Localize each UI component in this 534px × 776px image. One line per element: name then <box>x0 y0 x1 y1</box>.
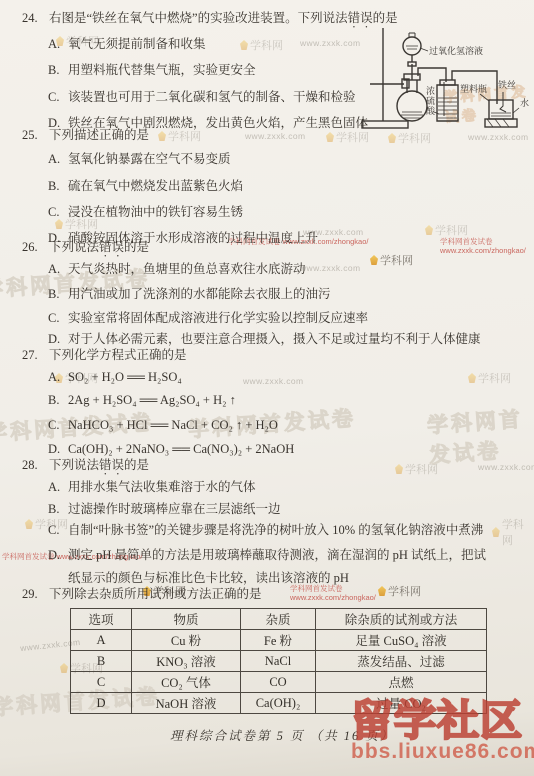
q29-number: 29. <box>22 586 49 602</box>
q27-option-c: C.NaHCO₃ + HCl ══ NaCl + CO₂ ↑ + H₂O <box>48 417 278 433</box>
zxxk-url-watermark: www.zxxk.com <box>245 131 306 141</box>
xuekewang-watermark: 学科网 <box>425 222 468 238</box>
q27-number: 27. <box>22 347 49 363</box>
equation-c: NaHCO₃ + HCl ══ NaCl + CO₂ ↑ + H₂O <box>68 418 278 432</box>
q27-option-b: B.2Ag + H₂SO₄ ══ Ag₂SO₄ + H₂ ↑ <box>48 392 236 408</box>
water-liquid <box>491 113 511 116</box>
apparatus-diagram: 过氧化氢溶液 浓 硫 酸 塑料瓶 铁丝 水 <box>356 24 534 144</box>
xuekewang-watermark: 学科网 <box>492 516 534 548</box>
xuekewang-watermark: 学科网 <box>240 37 283 53</box>
q27-option-d: D.Ca(OH)₂ + 2NaNO₃ ══ Ca(NO₃)₂ + 2NaOH <box>48 441 294 457</box>
torch-icon <box>60 663 68 673</box>
q28-option-b: B.过滤操作时玻璃棒应靠在三层滤纸一边 <box>48 501 281 517</box>
q25-option-c: C.浸没在植物油中的铁钉容易生锈 <box>48 204 243 220</box>
q24-number: 24. <box>22 10 49 26</box>
zxxk-url-watermark: www.zxxk.com <box>300 263 361 273</box>
q26-option-c: C.实验室常将固体配成溶液进行化学实验以控制反应速率 <box>48 310 368 326</box>
bottle-label-leader <box>480 94 489 101</box>
q24-option-b: B.用塑料瓶代替集气瓶，实验更安全 <box>48 62 256 78</box>
xuekewang-watermark: 学科网 <box>468 370 511 386</box>
washing-bottle <box>437 85 458 121</box>
water-label-leader <box>513 108 519 113</box>
torch-icon <box>425 225 433 235</box>
q26-title: 26.下列说法错误的是 <box>22 239 149 260</box>
zxxk-url-watermark: www.zxxk.com <box>300 38 361 48</box>
hollow-watermark: 学科网首发试卷 <box>426 402 534 469</box>
funnel-label-leader <box>420 48 428 51</box>
exam-page: 学科网 学科网 www.zxxk.com 学科网 www.zxxk.com 学科… <box>0 0 534 776</box>
col-header-substance: 物质 <box>132 609 241 630</box>
wire-label: 铁丝 <box>498 79 516 90</box>
q28-number: 28. <box>22 457 49 473</box>
q29-title: 29.下列除去杂质所用试剂或方法正确的是 <box>22 586 262 607</box>
q24-option-c: C.该装置也可用于二氧化碳和氢气的制备、干燥和检验 <box>48 89 356 105</box>
funnel-label: 过氧化氢溶液 <box>429 45 483 56</box>
q24-title: 24.右图是“铁丝在氧气中燃烧”的实验改进装置。下列说法错误的是 <box>22 10 398 31</box>
stand-base <box>362 121 408 128</box>
table-row: B KNO₃ 溶液 NaCl 蒸发结晶、过滤 <box>71 651 487 672</box>
xuekewang-watermark: 学科网 <box>395 461 438 477</box>
q27-option-a: A.SO₂ + H₂O ══ H₂SO₄ <box>48 369 182 385</box>
flask-liquid <box>401 112 423 118</box>
acid-label-1: 浓 <box>426 85 435 96</box>
q24-option-a: A.氧气无须提前制备和收集 <box>48 36 206 52</box>
torch-icon <box>492 527 500 537</box>
q26-number: 26. <box>22 239 49 255</box>
col-header-impurity: 杂质 <box>241 609 316 630</box>
acid-label-2: 硫 <box>426 95 435 106</box>
bottle-label: 塑料瓶 <box>460 83 487 94</box>
acid-liquid <box>438 98 457 118</box>
q28-title: 28.下列说法错误的是 <box>22 457 149 478</box>
zxxk-url-watermark: www.zxxk.com <box>478 462 534 472</box>
liuxue-watermark: 留学社区 bbs.liuxue86.com <box>351 700 534 764</box>
liuxue-brand-text: 留学社区 <box>351 700 534 742</box>
xuekewang-logo: 学科网 <box>370 252 413 268</box>
table-row: A Cu 粉 Fe 粉 足量 CuSO₄ 溶液 <box>71 630 487 651</box>
torch-icon <box>395 464 403 474</box>
zxxk-url-watermark: www.zxxk.com <box>243 376 304 386</box>
torch-icon <box>468 373 476 383</box>
red-watermark: 学科网首发试卷 www.zxxk.com/zhongkao/ <box>440 238 534 255</box>
q25-title: 25.下列描述正确的是 <box>22 127 149 148</box>
q25-option-b: B.硫在氧气中燃烧发出蓝紫色火焰 <box>48 178 243 194</box>
q28-option-d: D.测定 pH 最简单的方法是用玻璃棒蘸取待测液，滴在湿润的 pH 试纸上，把试… <box>68 544 488 589</box>
torch-icon <box>326 132 334 142</box>
torch-icon <box>158 131 166 141</box>
table-header-row: 选项 物质 杂质 除杂质的试剂或方法 <box>71 609 487 630</box>
torch-icon <box>55 219 63 229</box>
flask <box>397 91 427 121</box>
q25-number: 25. <box>22 127 49 143</box>
q26-option-a: A.天气炎热时，鱼塘里的鱼总喜欢往水底游动 <box>48 261 306 277</box>
equation-a: SO₂ + H₂O ══ H₂SO₄ <box>68 370 182 384</box>
torch-icon <box>240 40 248 50</box>
q28-option-a: A.用排水集气法收集难溶于水的气体 <box>48 479 256 495</box>
table-row: C CO₂ 气体 CO 点燃 <box>71 672 487 693</box>
q26-option-b: B.用汽油或加了洗涤剂的水都能除去衣服上的油污 <box>48 286 331 302</box>
q26-option-d: D.对于人体必需元素，也要注意合理摄入，摄入不足或过量均不利于人体健康 <box>48 331 481 347</box>
torch-icon <box>370 255 378 265</box>
water-label: 水 <box>520 97 529 108</box>
equation-d: Ca(OH)₂ + 2NaNO₃ ══ Ca(NO₃)₂ + 2NaOH <box>68 442 294 456</box>
col-header-method: 除杂质的试剂或方法 <box>316 609 487 630</box>
equation-b: 2Ag + H₂SO₄ ══ Ag₂SO₄ + H₂ ↑ <box>68 393 236 407</box>
q25-option-a: A.氢氧化钠暴露在空气不易变质 <box>48 151 231 167</box>
acid-label-3: 酸 <box>426 105 436 116</box>
bottle-mouth <box>440 80 455 85</box>
q27-title: 27.下列化学方程式正确的是 <box>22 347 187 368</box>
col-header-option: 选项 <box>71 609 132 630</box>
q28-option-c: C.自制“叶脉书签”的关键步骤是将洗净的树叶放入 10% 的氢氧化钠溶液中煮沸 <box>48 522 483 538</box>
torch-icon <box>25 519 33 529</box>
iron-wire <box>500 92 506 112</box>
liuxue-brand-url: bbs.liuxue86.com <box>351 740 534 764</box>
